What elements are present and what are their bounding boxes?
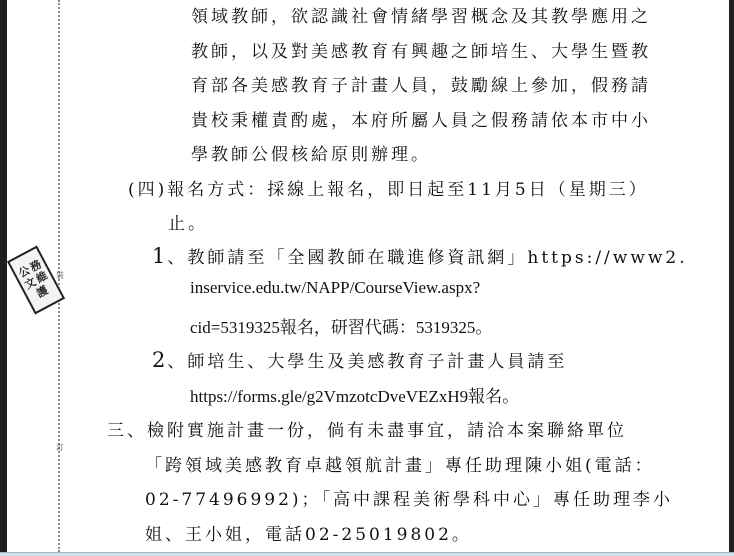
text-line: 「跨領域美感教育卓越領航計畫」專任助理陳小姐(電話： [145, 451, 655, 476]
list-item-1: 1、教師請至「全國教師在職進修資訊網」https://www2. [152, 243, 688, 268]
text-line: 姐、王小姐，電話02-25019802。 [145, 520, 472, 545]
section-heading-registration: (四)報名方式：採線上報名，即日起至11月5日（星期三） [128, 175, 649, 200]
text-line: 貴校秉權責酌處，本府所屬人員之假務請依本市中小 [191, 106, 651, 131]
window-right-edge [729, 0, 734, 552]
text-line: 育部各美感教育子計畫人員，鼓勵線上參加，假務請 [191, 71, 651, 96]
text-line: cid=5319325報名，研習代碼：5319325。 [190, 313, 492, 338]
text-line: 領域教師，欲認識社會情緒學習概念及其教學應用之 [191, 2, 651, 27]
text-line: 學教師公假核給原則辦理。 [191, 140, 431, 165]
url-line: inservice.edu.tw/NAPP/CourseView.aspx? [190, 278, 480, 298]
list-item-text: 、師培生、大學生及美感教育子計畫人員請至 [167, 352, 567, 372]
text-line: 教師，以及對美感教育有興趣之師培生、大學生暨教 [191, 37, 651, 62]
binding-mark-top: 裝 [56, 270, 64, 281]
list-item-2: 2、師培生、大學生及美感教育子計畫人員請至 [152, 347, 567, 372]
list-item-text: 、教師請至「全國教師在職進修資訊網」https://www2. [167, 248, 687, 268]
list-number: 2 [152, 348, 165, 372]
binding-mark-bottom: 訂 [56, 442, 64, 453]
document-page: 裝 訂 公 務 文 維 護 領域教師，欲認識社會情緒學習概念及其教學應用之 教師… [7, 0, 729, 552]
window-left-edge [0, 0, 7, 552]
text-line: 02-77496992)；「高中課程美術學科中心」專任助理李小 [145, 485, 673, 510]
section-heading-three: 三、檢附實施計畫一份，倘有未盡事宜，請洽本案聯絡單位 [107, 416, 627, 441]
text-line: 止。 [168, 209, 208, 234]
list-number: 1 [152, 244, 165, 268]
url-line: https://forms.gle/g2VmzotcDveVEZxH9報名。 [190, 382, 519, 407]
status-bar-edge [0, 552, 734, 556]
